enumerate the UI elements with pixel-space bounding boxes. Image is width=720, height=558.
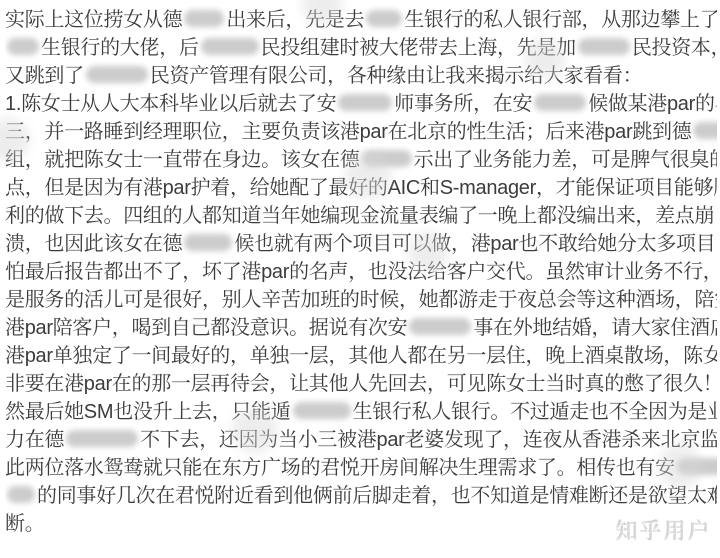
- redaction-blur: [578, 38, 630, 55]
- text-run: 三，并一路睡到经理职位，主要负责该港par在北京的性生活；后来港par跳到德: [5, 121, 691, 143]
- text-line: 生银行的大佬，后民投组建时被大佬带去上海，先是加民投资本，后来: [5, 34, 717, 62]
- text-line: 港par单独定了一间最好的，单独一层，其他人都在另一层住，晚上酒桌散场，陈女士: [5, 342, 717, 370]
- text-run: 候做某港par的小: [588, 93, 717, 115]
- redaction-blur: [362, 150, 412, 167]
- text-line: 港par陪客户，喝到自己都没意识。据说有次安事在外地结婚，请大家住酒店，给: [5, 314, 717, 342]
- text-run: 民投资本，后来: [632, 37, 717, 59]
- text-run: 生银行的大佬，后: [41, 37, 199, 59]
- text-run: 溃，也因此该女在德: [5, 233, 182, 255]
- text-run: 利的做下去。四组的人都知道当年她编现金流量表编了一晚上都没编出来，差点崩: [5, 205, 714, 227]
- text-run: 断。: [5, 513, 44, 535]
- text-line: 是服务的活儿可是很好，别人辛苦加班的时候，她都游走于夜总会等这种酒场，陪完: [5, 286, 717, 314]
- text-run: 港par单独定了一间最好的，单独一层，其他人都在另一层住，晚上酒桌散场，陈女士: [5, 345, 717, 367]
- text-run: 实际上这位捞女从德: [5, 9, 182, 31]
- text-run: 港par陪客户，喝到自己都没意识。据说有次安: [5, 317, 407, 339]
- zhihu-user-watermark: 知乎用户: [616, 515, 712, 546]
- text-run: 出来后，先是去: [226, 9, 364, 31]
- text-line: 1.陈女士从人大本科毕业以后就去了安师事务所，在安候做某港par的小: [5, 90, 717, 118]
- text-line: 实际上这位捞女从德出来后，先是去生银行的私人银行部，从那边攀上了: [5, 6, 717, 34]
- text-run: 是服务的活儿可是很好，别人辛苦加班的时候，她都游走于夜总会等这种酒场，陪完: [5, 289, 717, 311]
- text-line: 又跳到了民资产管理有限公司，各种缘由让我来揭示给大家看看：: [5, 62, 717, 90]
- redaction-blur: [293, 402, 351, 419]
- redaction-blur: [7, 38, 39, 55]
- text-line: 怕最后报告都出不了，坏了港par的名声，也没法给客户交代。虽然审计业务不行，但: [5, 258, 717, 286]
- redaction-blur: [409, 318, 471, 335]
- redaction-blur: [7, 486, 35, 503]
- text-line: 利的做下去。四组的人都知道当年她编现金流量表编了一晚上都没编出来，差点崩: [5, 202, 717, 230]
- text-run: 又跳到了: [5, 65, 84, 87]
- answer-text: 实际上这位捞女从德出来后，先是去生银行的私人银行部，从那边攀上了生银行的大佬，后…: [5, 6, 717, 538]
- text-run: 生银行私人银行。不过遁走也不全因为是业务能: [353, 401, 718, 423]
- text-line: 力在德不下去，还因为当小三被港par老婆发现了，连夜从香港杀来北京监督，从: [5, 426, 717, 454]
- text-run: 民资产管理有限公司，各种缘由让我来揭示给大家看看：: [150, 65, 643, 87]
- text-line: 此两位落水鸳鸯就只能在东方广场的君悦开房间解决生理需求了。相传也有安德: [5, 454, 717, 482]
- text-line: 点，但是因为有港par护着，给她配了最好的AIC和S-manager，才能保证项…: [5, 174, 717, 202]
- text-line: 非要在港par在的那一层再待会，让其他人先回去，可见陈女士当时真的憋了很久！当: [5, 370, 717, 398]
- redaction-blur: [338, 94, 392, 111]
- text-run: 力在德: [5, 429, 64, 451]
- text-line: 溃，也因此该女在德候也就有两个项目可以做，港par也不敢给她分太多项目，: [5, 230, 717, 258]
- text-run: 事在外地结婚，请大家住酒店，给: [473, 317, 717, 339]
- text-run: 的同事好几次在君悦附近看到他俩前后脚走着，也不知道是情难断还是欲望太难: [37, 485, 717, 507]
- redaction-blur: [184, 234, 232, 251]
- text-run: 示出了业务能力差，可是脾气很臭的特: [414, 149, 717, 171]
- text-run: 此两位落水鸳鸯就只能在东方广场的君悦开房间解决生理需求了。相传也有安: [5, 457, 675, 479]
- redaction-blur: [184, 10, 224, 27]
- text-line: 组，就把陈女士一直带在身边。该女在德示出了业务能力差，可是脾气很臭的特: [5, 146, 717, 174]
- redaction-blur: [534, 94, 586, 111]
- text-run: 组，就把陈女士一直带在身边。该女在德: [5, 149, 360, 171]
- redaction-blur: [201, 38, 259, 55]
- text-line: 三，并一路睡到经理职位，主要负责该港par在北京的性生活；后来港par跳到德: [5, 118, 717, 146]
- screenshot-page: 实际上这位捞女从德出来后，先是去生银行的私人银行部，从那边攀上了生银行的大佬，后…: [0, 0, 720, 558]
- text-run: 师事务所，在安: [394, 93, 532, 115]
- text-run: 生银行的私人银行部，从那边攀上了: [404, 9, 717, 31]
- text-run: 候也就有两个项目可以做，港par也不敢给她分太多项目，: [234, 233, 717, 255]
- redaction-blur: [693, 122, 717, 139]
- redaction-blur: [86, 66, 148, 83]
- text-run: 非要在港par在的那一层再待会，让其他人先回去，可见陈女士当时真的憋了很久！当: [5, 373, 717, 395]
- text-line: 断。: [5, 510, 717, 538]
- redaction-blur: [366, 10, 402, 27]
- text-line: 的同事好几次在君悦附近看到他俩前后脚走着，也不知道是情难断还是欲望太难: [5, 482, 717, 510]
- text-run: 点，但是因为有港par护着，给她配了最好的AIC和S-manager，才能保证项…: [5, 177, 717, 199]
- redaction-blur: [677, 458, 717, 475]
- text-run: 1.陈女士从人大本科毕业以后就去了安: [5, 93, 336, 115]
- text-run: 怕最后报告都出不了，坏了港par的名声，也没法给客户交代。虽然审计业务不行，但: [5, 261, 717, 283]
- text-run: 民投组建时被大佬带去上海，先是加: [261, 37, 576, 59]
- text-line: 然最后她SM也没升上去，只能遁生银行私人银行。不过遁走也不全因为是业务能: [5, 398, 717, 426]
- redaction-blur: [66, 430, 138, 447]
- text-run: 不下去，还因为当小三被港par老婆发现了，连夜从香港杀来北京监督，从: [140, 429, 717, 451]
- text-run: 然最后她SM也没升上去，只能遁: [5, 401, 291, 423]
